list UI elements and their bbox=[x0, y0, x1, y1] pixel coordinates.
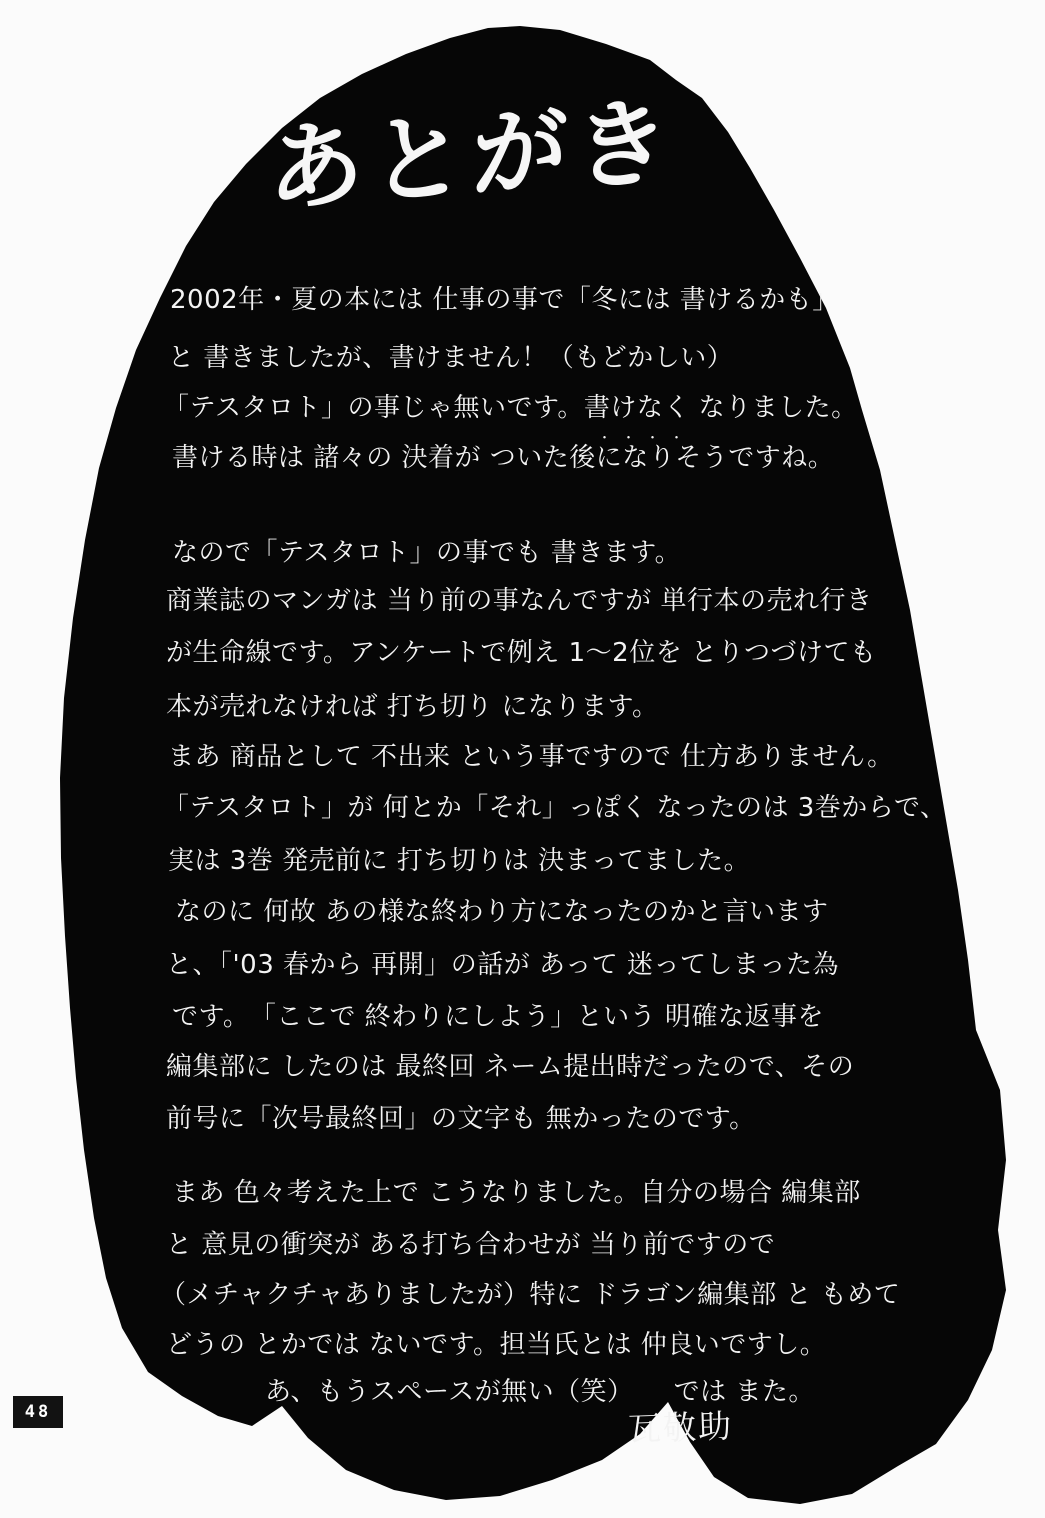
body-line: 編集部に したのは 最終回 ネーム提出時だったので、その bbox=[166, 1052, 854, 1083]
body-line: と 書きましたが、書けません！（もどかしい） bbox=[168, 343, 733, 374]
page-number-badge: 48 bbox=[13, 1396, 63, 1428]
body-line: 本が売れなければ 打ち切り になります。 bbox=[166, 692, 658, 723]
body-line: 「テスタロト」が 何とか「それ」っぽく なったのは 3巻からで、 bbox=[163, 793, 947, 824]
body-line: （メチャクチャありましたが）特に ドラゴン編集部 と もめて bbox=[160, 1280, 900, 1311]
author-signature: 瓦敬助 bbox=[627, 1400, 734, 1451]
body-line: 「テスタロト」の事じゃ無いです。書けなく なりました。 bbox=[163, 393, 858, 424]
body-line: 商業誌のマンガは 当り前の事なんですが 単行本の売れ行き bbox=[166, 586, 873, 617]
body-line: と、「'03 春から 再開」の話が あって 迷ってしまった為 bbox=[166, 950, 839, 981]
page-title: あとがき bbox=[267, 66, 676, 232]
body-line: あ、もうスペースが無い（笑） では また。 bbox=[265, 1377, 815, 1408]
body-line: が生命線です。アンケートで例え 1～2位を とりつづけても bbox=[166, 638, 876, 669]
body-line: と 意見の衝突が ある打ち合わせが 当り前ですので bbox=[166, 1230, 775, 1261]
body-line: なのに 何故 あの様な終わり方になったのかと言います bbox=[175, 897, 829, 928]
body-line: 実は 3巻 発売前に 打ち切りは 決まってました。 bbox=[168, 846, 750, 877]
body-line: どうの とかでは ないです。担当氏とは 仲良いですし。 bbox=[166, 1330, 826, 1361]
body-line: まあ 商品として 不出来 という事ですので 仕方ありません。 bbox=[168, 742, 894, 773]
body-line: です。 「ここで 終わりにしよう」という 明確な返事を bbox=[172, 1002, 824, 1033]
scanned-afterword-page: あとがき 2002年・夏の本には 仕事の事で「冬には 書けるかも」 と 書きまし… bbox=[0, 0, 1045, 1518]
body-line: なので「テスタロト」の事でも 書きます。 bbox=[172, 538, 681, 569]
body-line: まあ 色々考えた上で こうなりました。自分の場合 編集部 bbox=[172, 1178, 861, 1209]
body-line: 書ける時は 諸々の 決着が ついた後になりそうですね。 bbox=[172, 443, 834, 474]
body-line: 2002年・夏の本には 仕事の事で「冬には 書けるかも」 bbox=[170, 285, 839, 316]
body-line: 前号に「次号最終回」の文字も 無かったのです。 bbox=[166, 1104, 756, 1135]
